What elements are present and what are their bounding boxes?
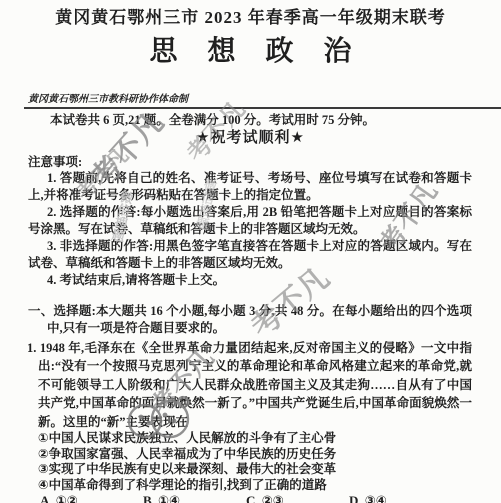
good-luck-line: ★祝考试顺利★ — [0, 129, 501, 147]
statement-line: ④中国革命得到了科学理论的指引,找到了正确的道路 — [38, 478, 501, 494]
question-1: 1. 1948 年,毛泽东在《全世界革命力量团结起来,反对帝国主义的侵略》一文中… — [27, 339, 472, 431]
option-label: B. — [143, 493, 155, 503]
option-c: C.②③ — [246, 494, 349, 503]
option-label: D. — [349, 493, 362, 503]
issuer-line: 黄冈黄石鄂州三市教科研协作体命制 — [28, 94, 501, 106]
option-a: A.①② — [40, 494, 143, 503]
section-one-heading: 一、选择题:本大题共 16 个小题,每小题 3 分,共 48 分。在每小题给出的… — [28, 303, 472, 336]
option-value: ②③ — [262, 493, 284, 503]
option-label: C. — [246, 493, 259, 503]
option-d: D.③④ — [349, 494, 452, 503]
option-b: B.①④ — [143, 494, 246, 503]
statement-line: ①中国人民谋求民族独立、人民解放的斗争有了主心骨 — [38, 431, 501, 447]
divider-line — [24, 107, 501, 109]
notice-item: 2. 选择题的作答:每小题选出答案后,用 2B 铅笔把答题卡上对应题目的答案标号… — [28, 204, 472, 238]
options-row: A.①② B.①④ C.②③ D.③④ — [40, 494, 501, 503]
notice-item: 1. 答题前,先将自己的姓名、准考证号、考场号、座位号填写在试卷和答题卡上,并将… — [28, 170, 472, 204]
subject-title-row: 思想政治 — [0, 34, 501, 73]
exam-paper-page: 黄冈黄石鄂州三市 2023 年春季高一年级期末联考 思想政治 黄冈黄石鄂州三市教… — [0, 0, 501, 503]
notice-item: 3. 非选择题的作答:用黑色签字笔直接答在答题卡上对应的答题区域内。写在试卷、草… — [28, 238, 472, 272]
notice-heading: 注意事项: — [28, 154, 501, 170]
statement-line: ②争取国家富强、人民幸福成为了中华民族的历史任务 — [38, 447, 501, 463]
option-value: ①④ — [158, 493, 180, 503]
statement-line: ③实现了中华民族有史以来最深刻、最伟大的社会变革 — [38, 462, 501, 478]
question-stem: 1948 年,毛泽东在《全世界革命力量团结起来,反对帝国主义的侵略》一文中指出:… — [38, 341, 472, 429]
subject-title: 思想政治 — [149, 34, 381, 68]
page-title: 黄冈黄石鄂州三市 2023 年春季高一年级期末联考 — [0, 8, 501, 28]
option-value: ③④ — [365, 493, 387, 503]
notice-item: 4. 考试结束后,请将答题卡上交。 — [28, 272, 472, 289]
option-value: ①② — [56, 493, 78, 503]
option-label: A. — [40, 493, 53, 503]
paper-info-line: 本试卷共 6 页,21 题。全卷满分 100 分。考试用时 75 分钟。 — [50, 112, 501, 128]
question-number: 1. — [27, 341, 36, 355]
